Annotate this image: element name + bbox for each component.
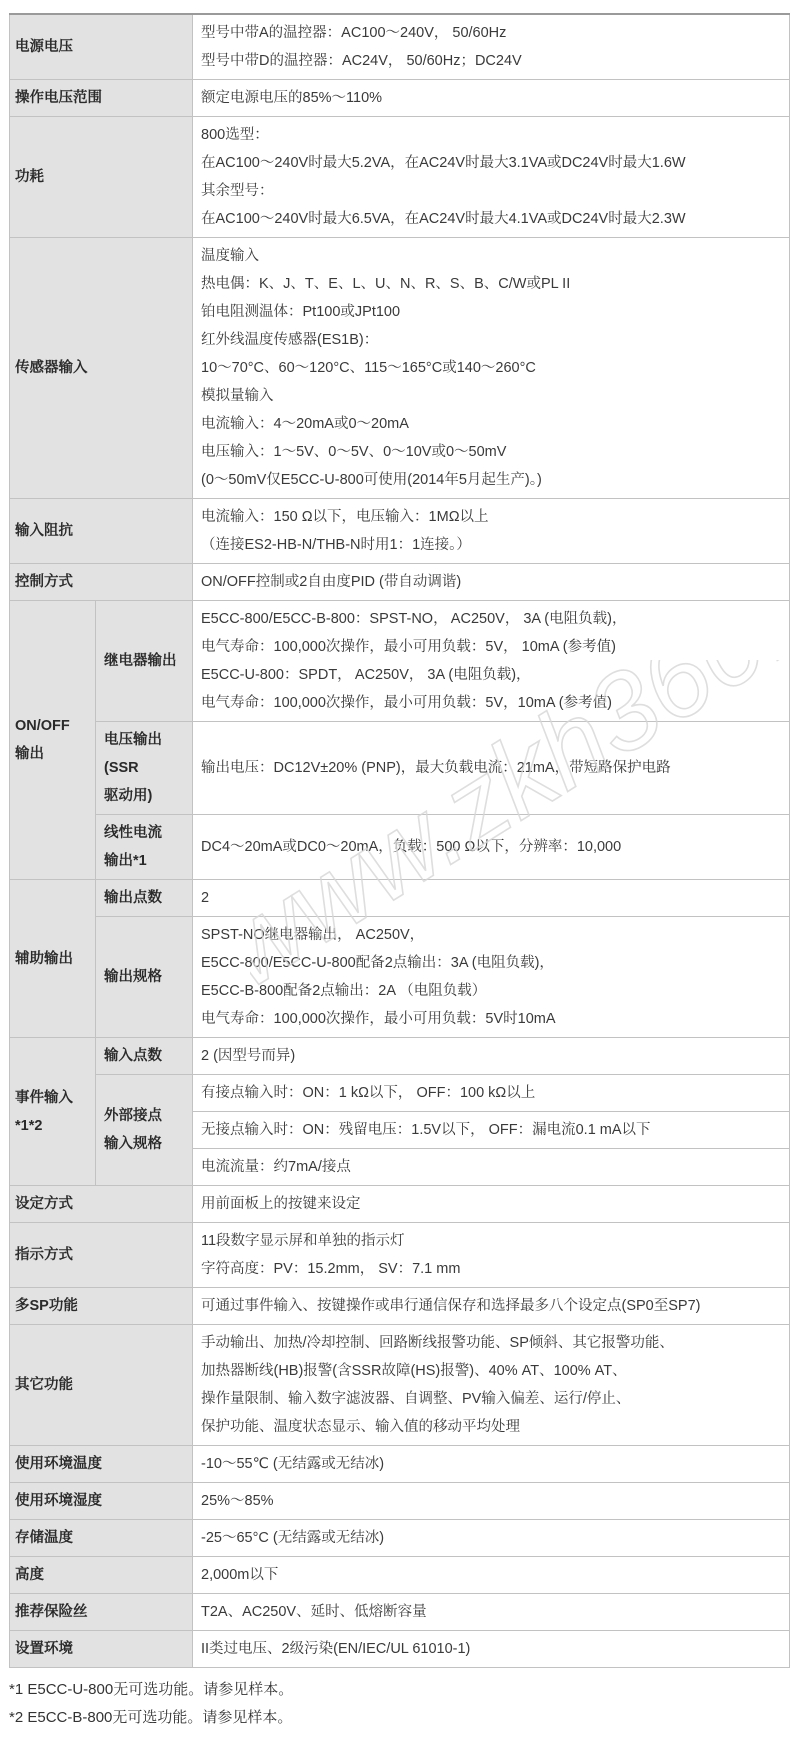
row-sensor-input: 传感器输入 温度输入 热电偶：K、J、T、E、L、U、N、R、S、B、C/W或P… xyxy=(10,238,790,499)
label-line: 外部接点 xyxy=(104,1102,186,1130)
sub-label-output-spec: 输出规格 xyxy=(96,917,193,1038)
sub-label-contact-input-spec: 外部接点 输入规格 xyxy=(96,1075,193,1186)
row-value: SPST-NO继电器输出， AC250V， E5CC-800/E5CC-U-80… xyxy=(193,917,790,1038)
value-line: SPST-NO继电器输出， AC250V， xyxy=(201,921,783,949)
value-line: 电压输入：1～5V、0～5V、0～10V或0～50mV xyxy=(201,438,783,466)
row-ambient-humidity: 使用环境湿度 25%～85% xyxy=(10,1483,790,1520)
row-onoff-voltage-output: 电压输出 (SSR 驱动用) 输出电压：DC12V±20% (PNP)，最大负载… xyxy=(10,722,790,815)
sub-label-linear-current-output: 线性电流 输出*1 xyxy=(96,815,193,880)
row-power-voltage: 电源电压 型号中带A的温控器：AC100～240V， 50/60Hz 型号中带D… xyxy=(10,14,790,80)
row-value: -10～55℃ (无结露或无结冰) xyxy=(193,1446,790,1483)
value-line: 800选型： xyxy=(201,121,783,149)
label-line: ON/OFF xyxy=(15,712,89,740)
row-altitude: 高度 2,000m以下 xyxy=(10,1557,790,1594)
row-label: 电源电压 xyxy=(10,14,193,80)
label-line: 线性电流 xyxy=(104,819,186,847)
value-line: 模拟量输入 xyxy=(201,382,783,410)
row-value: 温度输入 热电偶：K、J、T、E、L、U、N、R、S、B、C/W或PL II 铂… xyxy=(193,238,790,499)
row-value: 2 (因型号而异) xyxy=(193,1038,790,1075)
row-event-input-points: 事件输入 *1*2 输入点数 2 (因型号而异) xyxy=(10,1038,790,1075)
row-onoff-relay-output: ON/OFF 输出 继电器输出 E5CC-800/E5CC-B-800：SPST… xyxy=(10,601,790,722)
value-line: 红外线温度传感器(ES1B)： xyxy=(201,326,783,354)
row-operating-voltage-range: 操作电压范围 额定电源电压的85%～110% xyxy=(10,80,790,117)
row-label: 设定方式 xyxy=(10,1186,193,1223)
row-value: 用前面板上的按键来设定 xyxy=(193,1186,790,1223)
value-line: （连接ES2-HB-N/THB-N时用1：1连接。） xyxy=(201,531,783,559)
value-line: 在AC100～240V时最大5.2VA，在AC24V时最大3.1VA或DC24V… xyxy=(201,149,783,177)
row-label: 传感器输入 xyxy=(10,238,193,499)
row-label: 输入阻抗 xyxy=(10,499,193,564)
sub-label-relay-output: 继电器输出 xyxy=(96,601,193,722)
row-label: 高度 xyxy=(10,1557,193,1594)
value-line: 输出电压：DC12V±20% (PNP)，最大负载电流：21mA，带短路保护电路 xyxy=(201,754,783,782)
row-label: 控制方式 xyxy=(10,564,193,601)
value-line: 电气寿命：100,000次操作，最小可用负载：5V， 10mA (参考值) xyxy=(201,633,783,661)
row-event-input-contact: 外部接点 输入规格 有接点输入时：ON：1 kΩ以下， OFF：100 kΩ以上 xyxy=(10,1075,790,1112)
row-label: 功耗 xyxy=(10,117,193,238)
row-setting-method: 设定方式 用前面板上的按键来设定 xyxy=(10,1186,790,1223)
row-label: 推荐保险丝 xyxy=(10,1594,193,1631)
label-line: 输出*1 xyxy=(104,847,186,875)
group-label-event-input: 事件输入 *1*2 xyxy=(10,1038,96,1186)
value-line: 加热器断线(HB)报警(含SSR故障(HS)报警)、40% AT、100% AT… xyxy=(201,1357,783,1385)
label-line: 输入规格 xyxy=(104,1130,186,1158)
row-label: 存储温度 xyxy=(10,1520,193,1557)
row-label: 使用环境湿度 xyxy=(10,1483,193,1520)
footnote-1: *1 E5CC-U-800无可选功能。请参见样本。 xyxy=(9,1676,293,1704)
value-line: 额定电源电压的85%～110% xyxy=(201,84,783,112)
value-line: 型号中带D的温控器：AC24V， 50/60Hz；DC24V xyxy=(201,47,783,75)
row-multi-sp: 多SP功能 可通过事件输入、按键操作或串行通信保存和选择最多八个设定点(SP0至… xyxy=(10,1288,790,1325)
row-label: 设置环境 xyxy=(10,1631,193,1668)
footnotes: *1 E5CC-U-800无可选功能。请参见样本。 *2 E5CC-B-800无… xyxy=(9,1676,293,1732)
footnote-2: *2 E5CC-B-800无可选功能。请参见样本。 xyxy=(9,1704,293,1732)
value-line: 电流输入：4～20mA或0～20mA xyxy=(201,410,783,438)
value-line: 热电偶：K、J、T、E、L、U、N、R、S、B、C/W或PL II xyxy=(201,270,783,298)
value-line: 电气寿命：100,000次操作，最小可用负载：5V，10mA (参考值) xyxy=(201,689,783,717)
value-line: 温度输入 xyxy=(201,242,783,270)
row-value: DC4～20mA或DC0～20mA，负载：500 Ω以下，分辨率：10,000 xyxy=(193,815,790,880)
row-value: 2,000m以下 xyxy=(193,1557,790,1594)
row-value: -25～65°C (无结露或无结冰) xyxy=(193,1520,790,1557)
row-installation-environment: 设置环境 II类过电压、2级污染(EN/IEC/UL 61010-1) xyxy=(10,1631,790,1668)
label-line: 输出 xyxy=(15,740,89,768)
group-label-onoff-output: ON/OFF 输出 xyxy=(10,601,96,880)
value-line: E5CC-U-800：SPDT， AC250V， 3A (电阻负载)， xyxy=(201,661,783,689)
row-label: 指示方式 xyxy=(10,1223,193,1288)
value-line: E5CC-B-800配备2点输出：2A （电阻负载） xyxy=(201,977,783,1005)
row-label: 操作电压范围 xyxy=(10,80,193,117)
value-line: 操作量限制、输入数字滤波器、自调整、PV输入偏差、运行/停止、 xyxy=(201,1385,783,1413)
value-line: 型号中带A的温控器：AC100～240V， 50/60Hz xyxy=(201,19,783,47)
row-value: 额定电源电压的85%～110% xyxy=(193,80,790,117)
spec-table: 电源电压 型号中带A的温控器：AC100～240V， 50/60Hz 型号中带D… xyxy=(9,13,790,1668)
row-value: 有接点输入时：ON：1 kΩ以下， OFF：100 kΩ以上 xyxy=(193,1075,790,1112)
value-line: E5CC-800/E5CC-B-800：SPST-NO， AC250V， 3A … xyxy=(201,605,783,633)
row-indication-method: 指示方式 11段数字显示屏和单独的指示灯 字符高度：PV：15.2mm， SV：… xyxy=(10,1223,790,1288)
value-line: 电气寿命：100,000次操作，最小可用负载：5V时10mA xyxy=(201,1005,783,1033)
value-line: (0～50mV仅E5CC-U-800可使用(2014年5月起生产)。) xyxy=(201,466,783,494)
row-value: E5CC-800/E5CC-B-800：SPST-NO， AC250V， 3A … xyxy=(193,601,790,722)
sub-label-input-points: 输入点数 xyxy=(96,1038,193,1075)
value-line: 其余型号： xyxy=(201,177,783,205)
row-value: 输出电压：DC12V±20% (PNP)，最大负载电流：21mA，带短路保护电路 xyxy=(193,722,790,815)
value-line: 电流输入：150 Ω以下，电压输入：1MΩ以上 xyxy=(201,503,783,531)
row-value: II类过电压、2级污染(EN/IEC/UL 61010-1) xyxy=(193,1631,790,1668)
label-line: (SSR xyxy=(104,754,186,782)
row-control-method: 控制方式 ON/OFF控制或2自由度PID (带自动调谐) xyxy=(10,564,790,601)
value-line: DC4～20mA或DC0～20mA，负载：500 Ω以下，分辨率：10,000 xyxy=(201,833,783,861)
sub-label-output-points: 输出点数 xyxy=(96,880,193,917)
value-line: 字符高度：PV：15.2mm， SV：7.1 mm xyxy=(201,1255,783,1283)
row-ambient-temperature: 使用环境温度 -10～55℃ (无结露或无结冰) xyxy=(10,1446,790,1483)
row-value: 800选型： 在AC100～240V时最大5.2VA，在AC24V时最大3.1V… xyxy=(193,117,790,238)
row-label: 使用环境温度 xyxy=(10,1446,193,1483)
row-storage-temperature: 存储温度 -25～65°C (无结露或无结冰) xyxy=(10,1520,790,1557)
row-other-functions: 其它功能 手动输出、加热/冷却控制、回路断线报警功能、SP倾斜、其它报警功能、 … xyxy=(10,1325,790,1446)
row-value: 型号中带A的温控器：AC100～240V， 50/60Hz 型号中带D的温控器：… xyxy=(193,14,790,80)
row-value: 电流流量：约7mA/接点 xyxy=(193,1149,790,1186)
row-value: 手动输出、加热/冷却控制、回路断线报警功能、SP倾斜、其它报警功能、 加热器断线… xyxy=(193,1325,790,1446)
value-line: ON/OFF控制或2自由度PID (带自动调谐) xyxy=(201,568,783,596)
value-line: 手动输出、加热/冷却控制、回路断线报警功能、SP倾斜、其它报警功能、 xyxy=(201,1329,783,1357)
row-aux-output-spec: 输出规格 SPST-NO继电器输出， AC250V， E5CC-800/E5CC… xyxy=(10,917,790,1038)
value-line: 保护功能、温度状态显示、输入值的移动平均处理 xyxy=(201,1413,783,1441)
row-value: ON/OFF控制或2自由度PID (带自动调谐) xyxy=(193,564,790,601)
value-line: 10～70°C、60～120°C、115～165°C或140～260°C xyxy=(201,354,783,382)
row-power-consumption: 功耗 800选型： 在AC100～240V时最大5.2VA，在AC24V时最大3… xyxy=(10,117,790,238)
row-value: 电流输入：150 Ω以下，电压输入：1MΩ以上 （连接ES2-HB-N/THB-… xyxy=(193,499,790,564)
row-label: 其它功能 xyxy=(10,1325,193,1446)
row-value: T2A、AC250V、延时、低熔断容量 xyxy=(193,1594,790,1631)
group-label-aux-output: 辅助输出 xyxy=(10,880,96,1038)
row-value: 无接点输入时：ON：残留电压：1.5V以下， OFF：漏电流0.1 mA以下 xyxy=(193,1112,790,1149)
value-line: 在AC100～240V时最大6.5VA，在AC24V时最大4.1VA或DC24V… xyxy=(201,205,783,233)
row-value: 2 xyxy=(193,880,790,917)
row-onoff-linear-current-output: 线性电流 输出*1 DC4～20mA或DC0～20mA，负载：500 Ω以下，分… xyxy=(10,815,790,880)
row-value: 可通过事件输入、按键操作或串行通信保存和选择最多八个设定点(SP0至SP7) xyxy=(193,1288,790,1325)
value-line: E5CC-800/E5CC-U-800配备2点输出：3A (电阻负载)， xyxy=(201,949,783,977)
value-line: 铂电阻测温体：Pt100或JPt100 xyxy=(201,298,783,326)
row-recommended-fuse: 推荐保险丝 T2A、AC250V、延时、低熔断容量 xyxy=(10,1594,790,1631)
label-line: 电压输出 xyxy=(104,726,186,754)
row-aux-output-points: 辅助输出 输出点数 2 xyxy=(10,880,790,917)
value-line: 11段数字显示屏和单独的指示灯 xyxy=(201,1227,783,1255)
label-line: 驱动用) xyxy=(104,782,186,810)
row-value: 11段数字显示屏和单独的指示灯 字符高度：PV：15.2mm， SV：7.1 m… xyxy=(193,1223,790,1288)
row-label: 多SP功能 xyxy=(10,1288,193,1325)
label-line: *1*2 xyxy=(15,1112,89,1140)
row-input-impedance: 输入阻抗 电流输入：150 Ω以下，电压输入：1MΩ以上 （连接ES2-HB-N… xyxy=(10,499,790,564)
label-line: 事件输入 xyxy=(15,1084,89,1112)
row-value: 25%～85% xyxy=(193,1483,790,1520)
sub-label-voltage-output: 电压输出 (SSR 驱动用) xyxy=(96,722,193,815)
